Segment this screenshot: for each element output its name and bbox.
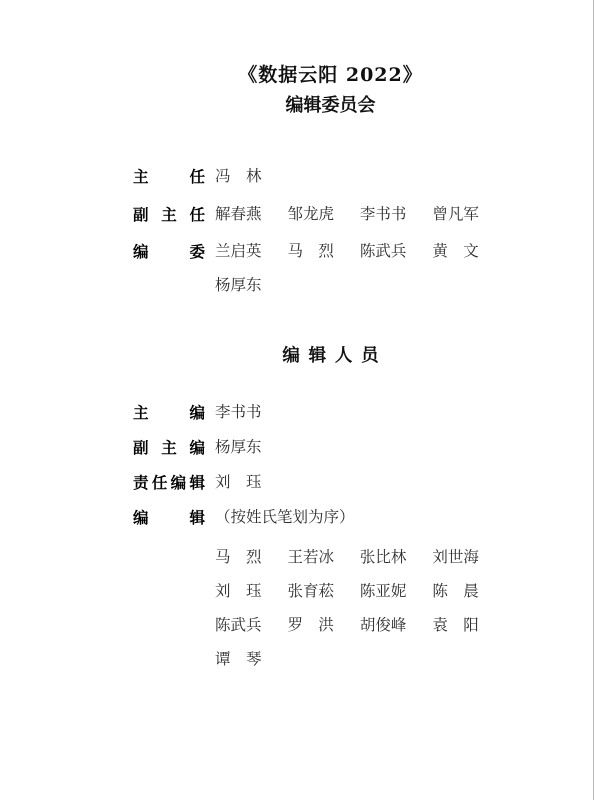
names-line: 杨厚东: [215, 439, 262, 456]
person-name: 李书书: [215, 404, 262, 421]
row-label: 编辑: [133, 509, 205, 526]
person-name: 冯林: [215, 168, 262, 185]
row-values: 李书书: [215, 404, 262, 421]
person-name: 陈晨: [432, 583, 479, 600]
committee-row-members: 编委 兰启英 马烈 陈武兵 黄文 杨厚东: [133, 243, 479, 294]
person-name: 李书书: [360, 206, 407, 223]
person-name: 刘珏: [215, 583, 262, 600]
editors-sort-note: （按姓氏笔划为序）: [215, 509, 355, 526]
person-name: 杨厚东: [215, 277, 262, 294]
editors-row: 陈武兵 罗洪 胡俊峰 袁阳: [215, 617, 479, 634]
person-name: 解春燕: [215, 206, 262, 223]
staff-heading: 编辑人员: [66, 345, 595, 367]
row-label: 责任编辑: [133, 474, 205, 491]
row-values: 解春燕 邹龙虎 李书书 曾凡军: [215, 206, 479, 223]
staff-row-editors: 编辑 （按姓氏笔划为序）: [133, 509, 355, 526]
row-values: 冯林: [215, 168, 262, 185]
row-label: 编委: [133, 243, 205, 260]
names-line: 杨厚东: [215, 277, 479, 294]
names-line: 李书书: [215, 404, 262, 421]
person-name: 谭琴: [215, 651, 262, 668]
names-line: 解春燕 邹龙虎 李书书 曾凡军: [215, 206, 479, 223]
staff-row-vice-chief-editor: 副主编 杨厚东: [133, 439, 262, 456]
person-name: 杨厚东: [215, 439, 262, 456]
names-line: 兰启英 马烈 陈武兵 黄文: [215, 243, 479, 260]
names-line: 冯林: [215, 168, 262, 185]
person-name: 陈武兵: [360, 243, 407, 260]
person-name: 马烈: [215, 549, 262, 566]
person-name: 王若冰: [287, 549, 334, 566]
person-name: 马烈: [287, 243, 334, 260]
person-name: 邹龙虎: [287, 206, 334, 223]
person-name: 罗洪: [287, 617, 334, 634]
row-values: 杨厚东: [215, 439, 262, 456]
person-name: 刘世海: [432, 549, 479, 566]
person-name: 张比林: [360, 549, 407, 566]
row-label: 副主任: [133, 206, 205, 223]
row-label: 副主编: [133, 439, 205, 456]
row-label: 主任: [133, 168, 205, 185]
names-line: 刘珏: [215, 474, 262, 491]
row-values: （按姓氏笔划为序）: [215, 509, 355, 526]
editors-grid: 马烈 王若冰 张比林 刘世海 刘珏 张育菘 陈亚妮 陈晨 陈武兵 罗洪 胡俊峰 …: [215, 549, 479, 668]
row-values: 兰启英 马烈 陈武兵 黄文 杨厚东: [215, 243, 479, 294]
staff-row-managing-editor: 责任编辑 刘珏: [133, 474, 262, 491]
person-name: 陈武兵: [215, 617, 262, 634]
person-name: 兰启英: [215, 243, 262, 260]
committee-row-vice-director: 副主任 解春燕 邹龙虎 李书书 曾凡军: [133, 206, 479, 223]
person-name: 黄文: [432, 243, 479, 260]
person-name: 袁阳: [432, 617, 479, 634]
staff-row-chief-editor: 主编 李书书: [133, 404, 262, 421]
person-name: 陈亚妮: [360, 583, 407, 600]
document-page: 《数据云阳 2022》 编辑委员会 主任 冯林 副主任 解春燕 邹龙虎 李书书 …: [0, 0, 595, 800]
editors-row: 刘珏 张育菘 陈亚妮 陈晨: [215, 583, 479, 600]
row-label: 主编: [133, 404, 205, 421]
editors-row: 谭琴: [215, 651, 479, 668]
editors-row: 马烈 王若冰 张比林 刘世海: [215, 549, 479, 566]
committee-heading: 编辑委员会: [66, 94, 595, 118]
page-edge-line: [593, 0, 594, 800]
person-name: 曾凡军: [432, 206, 479, 223]
doc-title: 《数据云阳 2022》: [66, 62, 595, 88]
row-values: 刘珏: [215, 474, 262, 491]
person-name: 刘珏: [215, 474, 262, 491]
person-name: 胡俊峰: [360, 617, 407, 634]
person-name: 张育菘: [287, 583, 334, 600]
committee-row-director: 主任 冯林: [133, 168, 262, 185]
